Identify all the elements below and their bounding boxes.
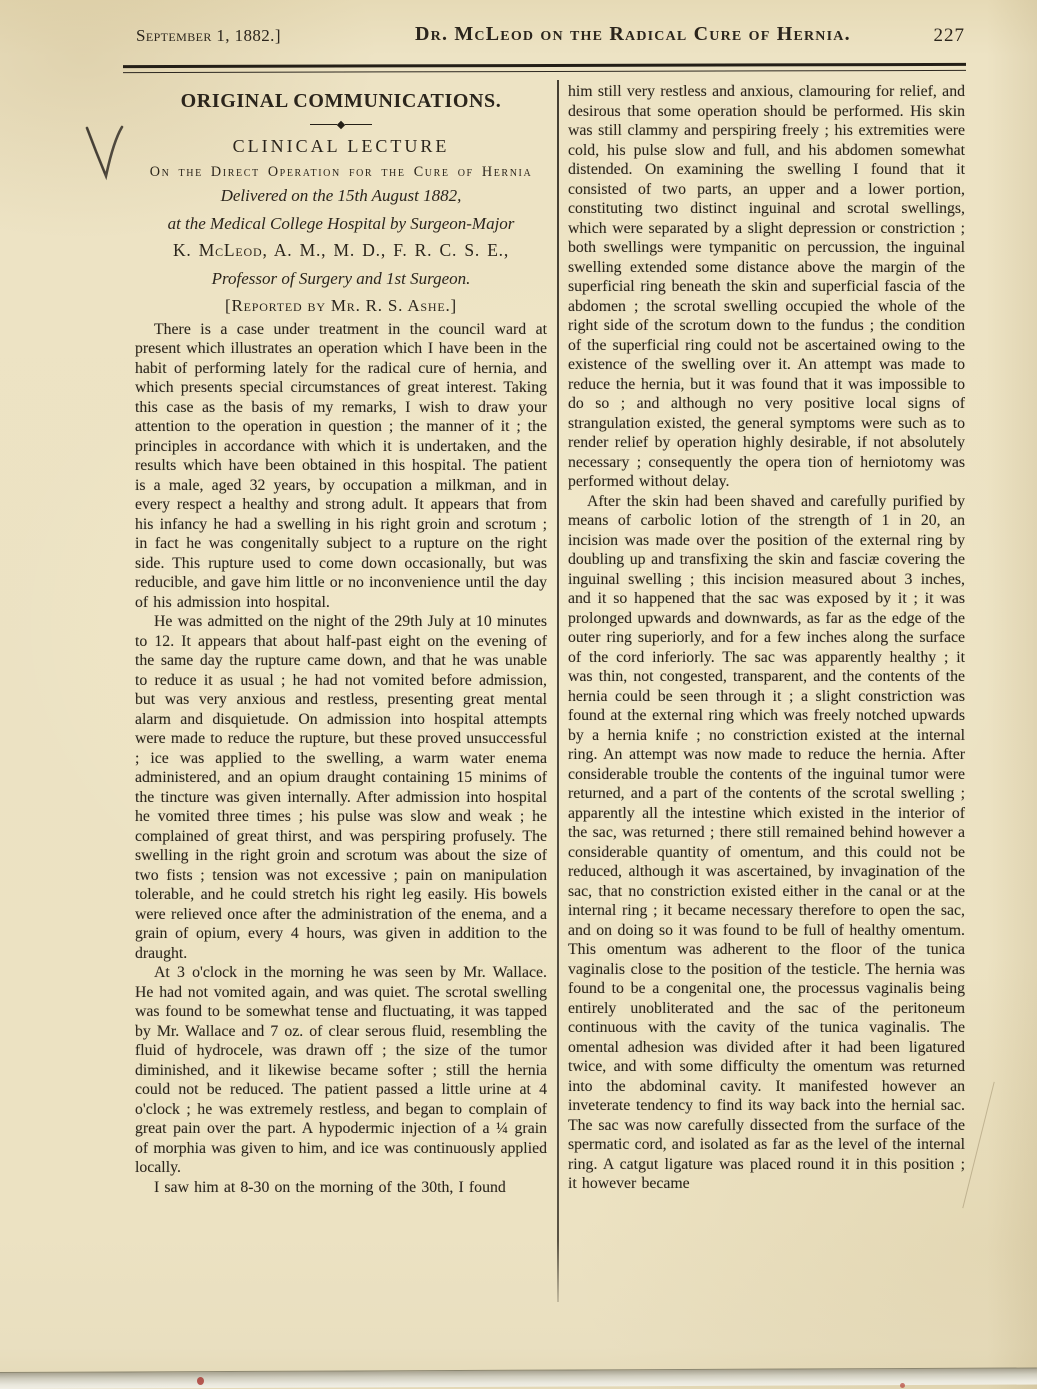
lecture-title: CLINICAL LECTURE xyxy=(135,134,547,158)
body-paragraph: After the skin had been shaved and caref… xyxy=(568,492,965,1194)
right-edge-shading xyxy=(987,0,1037,1389)
body-paragraph: I saw him at 8-30 on the morning of the … xyxy=(135,1178,547,1198)
diamond-icon xyxy=(337,120,345,128)
red-ink-speck xyxy=(197,1377,204,1385)
column-divider-rule xyxy=(557,80,559,1302)
body-paragraph: There is a case under treatment in the c… xyxy=(135,320,547,613)
page-number: 227 xyxy=(934,25,966,47)
body-paragraph: At 3 o'clock in the morning he was seen … xyxy=(135,963,547,1178)
handwritten-check-icon xyxy=(82,124,130,184)
journal-page: September 1, 1882.] Dr. McLeod on the Ra… xyxy=(0,0,1037,1389)
section-title: ORIGINAL COMMUNICATIONS. xyxy=(135,89,547,113)
ornament-line xyxy=(310,124,337,126)
page-bottom-edge xyxy=(0,1367,1037,1389)
title-block: ORIGINAL COMMUNICATIONS. CLINICAL LECTUR… xyxy=(135,89,547,320)
header-double-rule xyxy=(123,63,966,73)
reported-line: [Reported by Mr. R. S. Ashe.] xyxy=(135,292,547,320)
delivered-line: Delivered on the 15th August 1882, xyxy=(135,182,547,210)
author-line: K. McLeod, A. M., M. D., F. R. C. S. E., xyxy=(135,237,547,265)
masthead-date: September 1, 1882.] xyxy=(136,26,281,46)
body-paragraph: him still very restless and anxious, cla… xyxy=(568,82,965,492)
red-ink-speck xyxy=(900,1383,905,1388)
left-column: ORIGINAL COMMUNICATIONS. CLINICAL LECTUR… xyxy=(135,84,547,1197)
ornament-line xyxy=(345,124,372,126)
author-title-line: Professor of Surgery and 1st Surgeon. xyxy=(135,265,547,293)
body-paragraph: He was admitted on the night of the 29th… xyxy=(135,612,547,963)
right-column: him still very restless and anxious, cla… xyxy=(568,82,965,1194)
venue-line: at the Medical College Hospital by Surge… xyxy=(135,210,547,238)
masthead-title: Dr. McLeod on the Radical Cure of Hernia… xyxy=(415,23,851,46)
lecture-subtitle: On the Direct Operation for the Cure of … xyxy=(135,162,547,182)
masthead: September 1, 1882.] Dr. McLeod on the Ra… xyxy=(0,26,1037,56)
ornament-divider xyxy=(135,120,547,129)
